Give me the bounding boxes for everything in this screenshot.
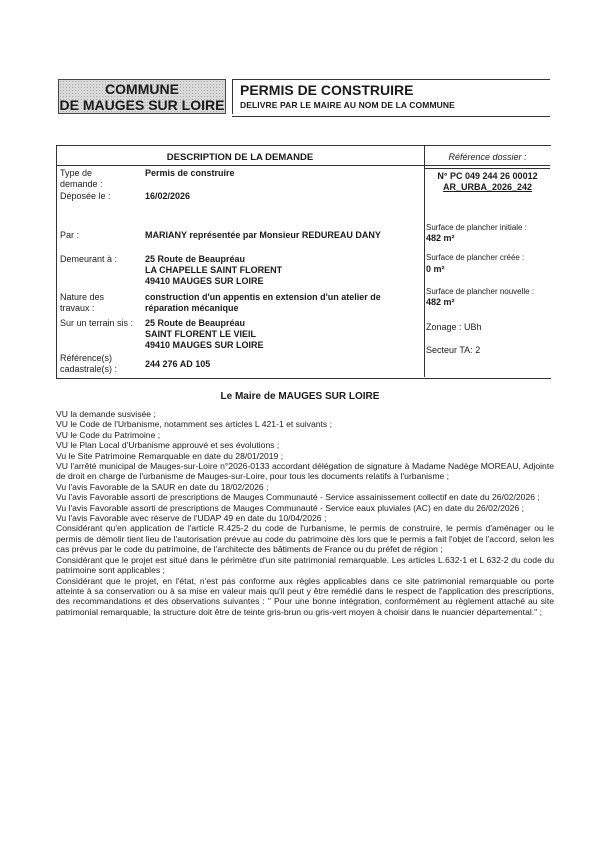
visa-line: VU l'arrêté municipal de Mauges-sur-Loir…: [56, 461, 554, 482]
par-label: Par :: [60, 230, 140, 241]
considerant-line: Considérant qu'en application de l'artic…: [56, 523, 554, 554]
surface-creee-value: 0 m²: [426, 264, 445, 274]
visa-line: Vu l'avis Favorable de la SAUR en date d…: [56, 482, 554, 492]
document-title: PERMIS DE CONSTRUIRE: [240, 82, 413, 98]
header-top-rule: [232, 79, 550, 80]
considerant-line: Considérant que le projet, en l'état, n'…: [56, 576, 554, 618]
reference-number: N° PC 049 244 26 00012 AR_URBA_2026_242: [425, 171, 550, 193]
visa-line: Vu l'avis Favorable assorti de prescript…: [56, 492, 554, 502]
visa-line: VU le Plan Local d'Urbanisme approuvé et…: [56, 440, 554, 450]
terrain-label: Sur un terrain sis :: [60, 318, 150, 329]
description-heading: DESCRIPTION DE LA DEMANDE: [56, 152, 424, 163]
secteur: Secteur TA: 2: [426, 345, 480, 355]
visa-line: VU le Code de l'Urbanisme, notamment ses…: [56, 419, 554, 429]
surface-nouvelle-value: 482 m²: [426, 297, 455, 307]
nature-value: construction d'un appentis en extension …: [145, 292, 415, 314]
nature-label: Nature des travaux :: [60, 292, 130, 313]
document-subtitle: DELIVRE PAR LE MAIRE AU NOM DE LA COMMUN…: [240, 100, 455, 110]
visas-body: VU la demande susvisée ; VU le Code de l…: [56, 409, 554, 617]
reference-heading: Référence dossier :: [425, 152, 550, 162]
considerant-line: Considérant que le projet est situé dans…: [56, 555, 554, 576]
surface-creee-label: Surface de plancher créée :: [426, 253, 524, 263]
commune-line-1: COMMUNE: [59, 81, 225, 97]
visa-line: Vu le Site Patrimoine Remarquable en dat…: [56, 451, 554, 461]
terrain-address: 25 Route de Beaupréau SAINT FLORENT LE V…: [145, 318, 420, 351]
visa-line: VU la demande susvisée ;: [56, 409, 554, 419]
header-divider: [232, 79, 233, 114]
deposee-value: 16/02/2026: [145, 191, 420, 202]
demeurant-address: 25 Route de Beaupréau LA CHAPELLE SAINT …: [145, 254, 420, 287]
surface-initiale-label: Surface de plancher initiale :: [426, 223, 527, 233]
zonage: Zonage : UBh: [426, 322, 482, 332]
maire-heading: Le Maire de MAUGES SUR LOIRE: [0, 391, 600, 402]
surface-initiale-value: 482 m²: [426, 233, 455, 243]
visa-line: Vu l'avis Favorable avec réserve de l'UD…: [56, 513, 554, 523]
table-header-rule: [56, 165, 550, 166]
surface-nouvelle-label: Surface de plancher nouvelle :: [426, 287, 534, 297]
reference-rule: [425, 168, 550, 169]
demeurant-label: Demeurant à :: [60, 254, 140, 265]
cadastre-label: Référence(s) cadastrale(s) :: [60, 353, 135, 374]
visa-line: VU le Code du Patrimoine ;: [56, 430, 554, 440]
par-value: MARIANY représentée par Monsieur REDUREA…: [145, 230, 420, 241]
commune-line-2: DE MAUGES SUR LOIRE: [59, 97, 225, 113]
header-bottom-rule: [232, 116, 550, 117]
commune-logo-box: COMMUNE DE MAUGES SUR LOIRE: [58, 79, 226, 114]
type-value: Permis de construire: [145, 168, 420, 179]
visa-line: Vu l'avis Favorable assorti de prescript…: [56, 503, 554, 513]
type-label: Type de demande :: [60, 168, 130, 189]
deposee-label: Déposée le :: [60, 191, 140, 202]
cadastre-value: 244 276 AD 105: [145, 359, 420, 370]
